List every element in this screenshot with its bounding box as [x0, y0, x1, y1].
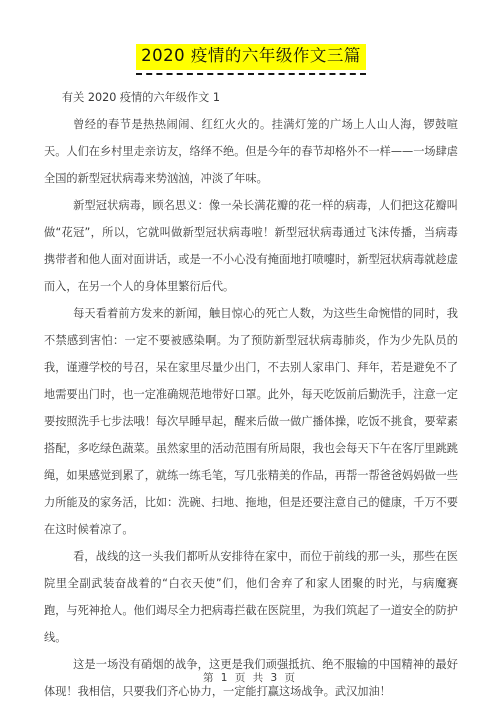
essay-paragraph-1: 曾经的春节是热热闹闹、红红火火的。挂满灯笼的广场上人山人海，锣鼓喧天。人们在乡村…: [44, 111, 458, 192]
title-dashed-underline: 2020 疫情的六年级作文三篇: [136, 44, 366, 75]
essay-subtitle: 有关 2020 疫情的六年级作文 1: [44, 84, 458, 111]
title-highlighted-text: 2020 疫情的六年级作文三篇: [136, 44, 366, 70]
essay-paragraph-4: 看，战线的这一头我们都听从安排待在家中，而位于前线的那一头，那些在医院里全副武装…: [44, 543, 458, 651]
page-number-footer: 第 1 页 共 3 页: [0, 670, 500, 685]
essay-paragraph-3: 每天看着前方发来的新闻，触目惊心的死亡人数，为这些生命惋惜的同时，我不禁感到害怕…: [44, 300, 458, 543]
essay-paragraph-2: 新型冠状病毒，顾名思义：像一朵长满花瓣的花一样的病毒，人们把这花瓣叫做“花冠”，…: [44, 192, 458, 300]
document-page: 2020 疫情的六年级作文三篇 有关 2020 疫情的六年级作文 1 曾经的春节…: [0, 0, 500, 707]
document-title: 2020 疫情的六年级作文三篇: [44, 44, 458, 75]
essay-body: 曾经的春节是热热闹闹、红红火火的。挂满灯笼的广场上人山人海，锣鼓喧天。人们在乡村…: [44, 111, 458, 705]
